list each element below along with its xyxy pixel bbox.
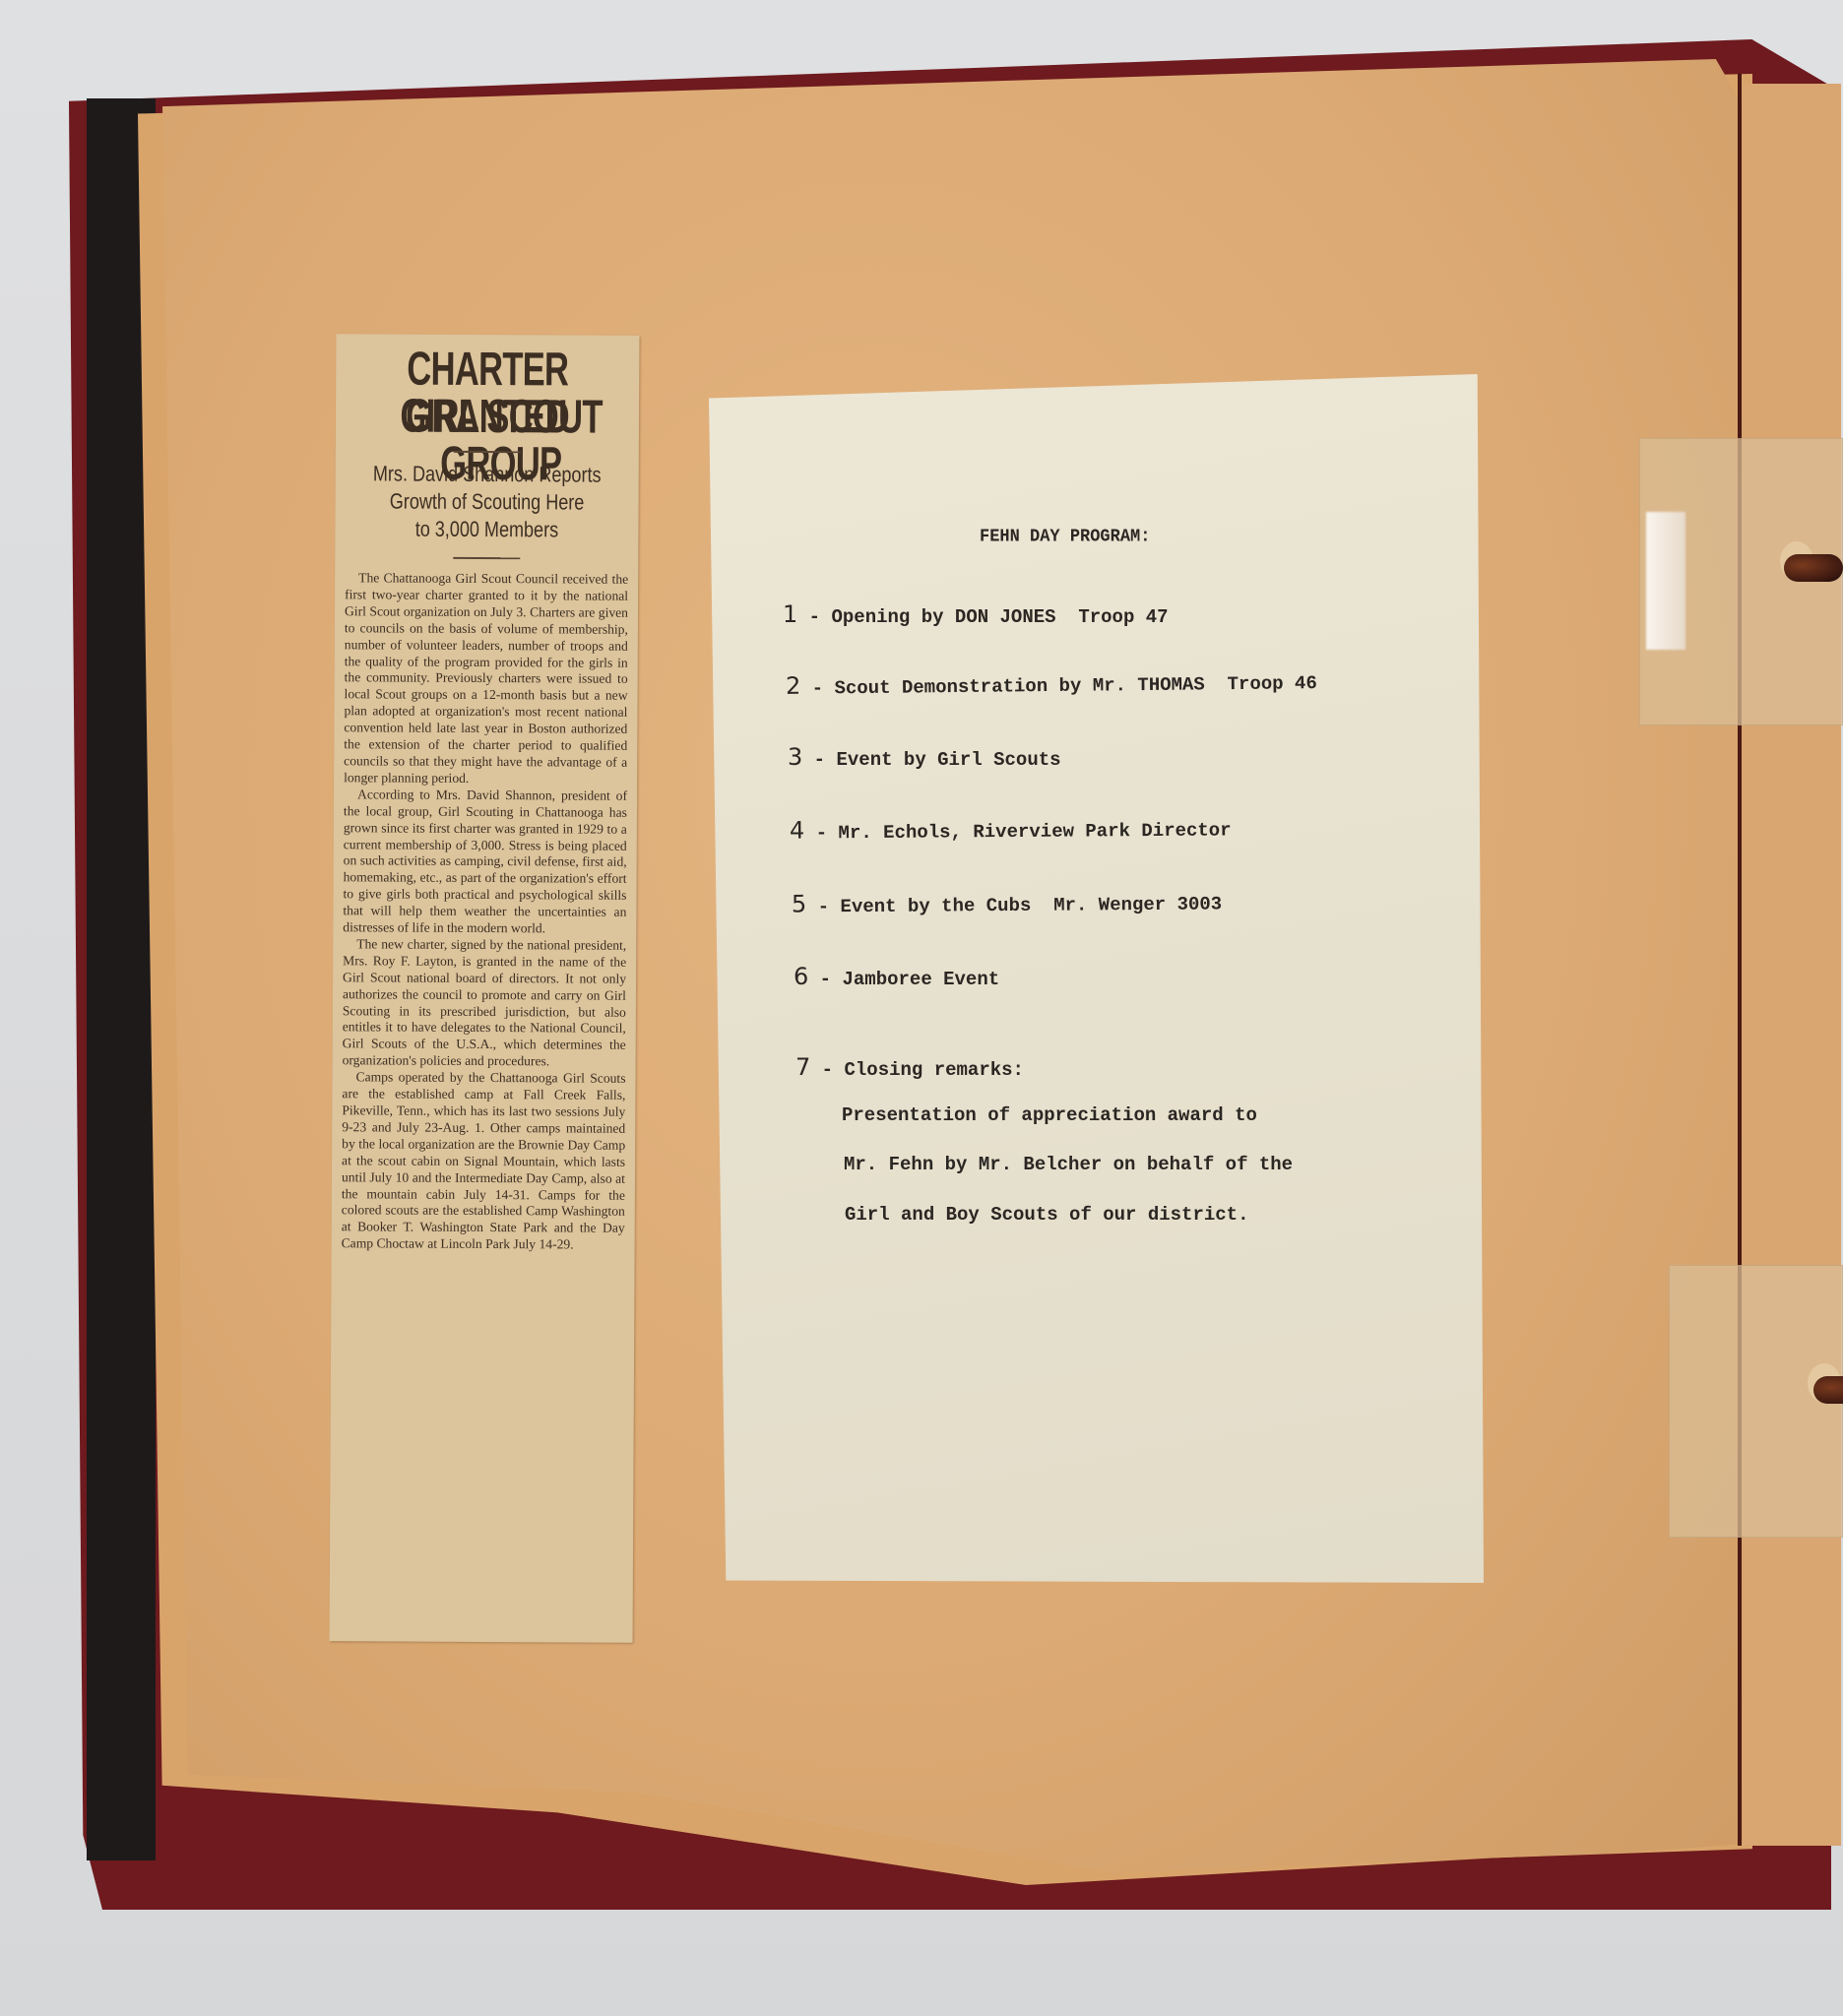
item-text: Closing remarks:	[845, 1059, 1024, 1081]
deck-line-3: to 3,000 Members	[362, 515, 611, 543]
next-page-edge	[1743, 84, 1841, 1846]
program-item: 5 - Event by the Cubs Mr. Wenger 3003	[792, 887, 1222, 917]
program-item: 6 - Jamboree Event	[794, 963, 999, 990]
item-number: 1	[783, 600, 797, 628]
clipping-paragraph: The Chattanooga Girl Scout Council recei…	[344, 570, 628, 787]
tape-glare	[1646, 512, 1685, 650]
item-number: 4	[790, 816, 804, 844]
item-number: 3	[788, 743, 802, 771]
item-number: 7	[795, 1053, 810, 1081]
clipping-body: The Chattanooga Girl Scout Council recei…	[342, 570, 629, 1254]
clipping-deck: Mrs. David Shannon Reports Growth of Sco…	[362, 460, 611, 543]
deck-line-1: Mrs. David Shannon Reports	[362, 460, 611, 488]
item-text: Mr. Echols, Riverview Park Director	[838, 819, 1231, 844]
item-text: Scout Demonstration by Mr. THOMAS Troop …	[834, 672, 1316, 699]
clipping-paragraph: According to Mrs. David Shannon, preside…	[343, 787, 627, 938]
program-item: 2 - Scout Demonstration by Mr. THOMAS Tr…	[786, 666, 1317, 700]
item-text: Jamboree Event	[843, 969, 1000, 990]
closing-line: Girl and Boy Scouts of our district.	[845, 1204, 1248, 1226]
binder-ring-bottom-icon	[1813, 1376, 1843, 1404]
binder-ring-top-icon	[1784, 554, 1843, 582]
page-fold-line	[1738, 74, 1742, 1846]
clipping-paragraph: Camps operated by the Chattanooga Girl S…	[342, 1069, 626, 1253]
item-number: 2	[786, 672, 801, 700]
program-item: 3 - Event by Girl Scouts	[788, 743, 1061, 771]
closing-line: Presentation of appreciation award to	[842, 1104, 1257, 1126]
program-item: 7 - Closing remarks:	[795, 1053, 1024, 1081]
program-item: 1 - Opening by DON JONES Troop 47	[783, 600, 1169, 628]
item-number: 5	[792, 890, 806, 917]
program-title: FEHN DAY PROGRAM:	[980, 527, 1150, 547]
item-number: 6	[794, 963, 808, 990]
clipping-paragraph: The new charter, signed by the national …	[343, 936, 627, 1071]
tape-bottom	[1669, 1265, 1843, 1538]
headline-rule	[454, 451, 521, 453]
deck-rule	[453, 557, 520, 559]
program-item: 4 - Mr. Echols, Riverview Park Director	[790, 813, 1232, 844]
item-text: Event by Girl Scouts	[837, 749, 1061, 771]
closing-line: Mr. Fehn by Mr. Belcher on behalf of the	[844, 1154, 1293, 1175]
program-sheet: FEHN DAY PROGRAM: 1 - Opening by DON JON…	[709, 374, 1484, 1583]
deck-line-2: Growth of Scouting Here	[362, 487, 611, 516]
item-text: Event by the Cubs Mr. Wenger 3003	[840, 893, 1222, 917]
item-text: Opening by DON JONES Troop 47	[832, 606, 1169, 628]
newspaper-clipping: CHARTER GRANTED GIRL SCOUT GROUP Mrs. Da…	[330, 334, 640, 1643]
